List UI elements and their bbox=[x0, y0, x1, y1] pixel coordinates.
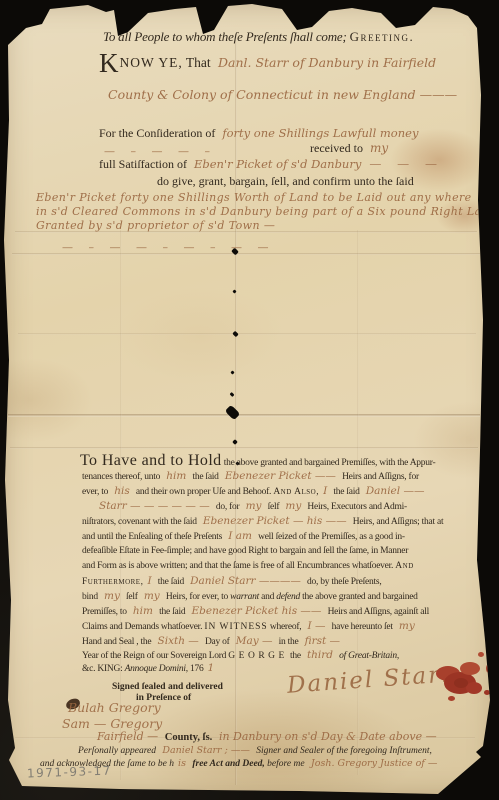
handwritten-text: Daniel —— bbox=[366, 485, 425, 497]
printed-text: well ſeized of the Premiſſes, as a good … bbox=[256, 532, 405, 542]
printed-text: and Form as is above written; and that t… bbox=[82, 561, 395, 571]
date-line: Hand and Seal , the Sixth — Day of May —… bbox=[82, 636, 344, 648]
printed-text: Claims and Demands whatſoever. bbox=[82, 622, 204, 632]
handwritten-text: is bbox=[178, 758, 186, 769]
printed-text: have hereunto ſet bbox=[329, 622, 394, 632]
handwritten-text: him bbox=[166, 470, 186, 482]
handwritten-text: first — bbox=[305, 635, 340, 647]
printed-text: K bbox=[99, 48, 119, 78]
know-ye-line: KNOW YE, That Danl. Starr of Danbury in … bbox=[99, 55, 440, 70]
habendum-line-7: defeaſible Eſtate in Fee-ſimple; and hav… bbox=[82, 546, 408, 557]
printed-text: and their own proper Uſe and Behoof. bbox=[134, 487, 274, 497]
county-jurat-line: Fairfield — County, ſs. in Danbury on s'… bbox=[93, 731, 441, 744]
printed-text: defeaſible Eſtate in Fee-ſimple; and hav… bbox=[82, 546, 408, 556]
printed-text: bind bbox=[82, 592, 100, 602]
printed-text: received to bbox=[310, 141, 366, 155]
land-description-line-1: Eben'r Picket forty one Shillings Worth … bbox=[32, 192, 476, 204]
witness-clause-line: Claims and Demands whatſoever. IN WITNES… bbox=[82, 621, 419, 633]
printed-text: To all People to whom theſe Preſents ſha… bbox=[103, 29, 350, 44]
handwritten-text: — – — — – — – — — bbox=[62, 241, 274, 254]
accession-number: 1971-93-17 bbox=[27, 765, 112, 781]
printed-text: NOW YE, bbox=[120, 55, 183, 70]
printed-text: do give, grant, bargain, ſell, and confi… bbox=[157, 174, 414, 188]
printed-text: Year of the Reign of our Sovereign Lord bbox=[82, 651, 228, 661]
consideration-line: For the Conſideration of forty one Shill… bbox=[99, 127, 422, 140]
handwritten-text: Daniel Starr ———— bbox=[190, 575, 301, 587]
anno-domini-line: &c. KING: Annoque Domini, 1761 bbox=[82, 663, 218, 675]
habendum-line-3: ever, to his and their own proper Uſe an… bbox=[82, 486, 428, 498]
handwritten-text: in s'd Cleared Commons in s'd Danbury be… bbox=[36, 205, 493, 218]
handwritten-text: 1 bbox=[208, 662, 215, 674]
printed-text: warrant bbox=[230, 592, 259, 602]
printed-text: in the bbox=[276, 637, 300, 647]
printed-text: That bbox=[183, 55, 214, 70]
printed-text: To Have and to Hold bbox=[80, 452, 222, 469]
grant-clause-line: do give, grant, bargain, ſell, and confi… bbox=[157, 175, 414, 188]
printed-text: the above granted and bargained bbox=[300, 592, 418, 602]
handwritten-text: I bbox=[147, 575, 151, 587]
printed-text: Premiſſes, to bbox=[82, 607, 129, 617]
habendum-line-8: and Form as is above written; and that t… bbox=[82, 561, 414, 572]
printed-text: Perſonally appeared bbox=[78, 746, 158, 756]
handwritten-text: Ebenezer Picket —— bbox=[225, 470, 336, 482]
printed-text: Heirs and Aſſigns, for bbox=[340, 472, 419, 482]
handwritten-text: County & Colony of Connecticut in new En… bbox=[108, 87, 457, 102]
printed-text: full Satiſfaction of bbox=[99, 157, 190, 171]
attestation-caption-line-1: Signed ſealed and delivered bbox=[112, 682, 223, 693]
printed-text: Heirs, Executors and Admi- bbox=[305, 502, 407, 512]
worm-hole bbox=[232, 331, 238, 337]
handwritten-text: my bbox=[285, 500, 301, 512]
printed-text: do, by theſe Preſents, bbox=[305, 577, 382, 587]
worm-hole bbox=[230, 392, 235, 397]
printed-text: ſelf bbox=[124, 592, 140, 602]
printed-text: And Also, bbox=[273, 487, 319, 497]
personally-appeared-line: Perſonally appeared Daniel Starr ; —— Si… bbox=[78, 746, 432, 757]
printed-text: do, for bbox=[214, 502, 242, 512]
printed-text: whereof, bbox=[268, 622, 304, 632]
printed-text: 176 bbox=[188, 664, 204, 674]
worm-hole bbox=[225, 405, 241, 421]
handwritten-text: I — bbox=[307, 620, 325, 632]
printed-text: Heirs and Aſſigns, againſt all bbox=[325, 607, 429, 617]
handwritten-text: in Danbury on s'd Day & Date above — bbox=[219, 730, 437, 743]
witness-signature-2: Sam — Gregory bbox=[62, 717, 162, 731]
printed-text: the ſaid bbox=[331, 487, 361, 497]
handwritten-text: Sixth — bbox=[158, 635, 199, 647]
handwritten-text: Danl. Starr of Danbury in Fairfield bbox=[218, 55, 436, 70]
handwritten-text: my bbox=[246, 500, 262, 512]
printed-text: the ſaid bbox=[190, 472, 220, 482]
habendum-line-4: Starr — — — — — — do, for my ſelf my Hei… bbox=[95, 501, 407, 513]
wax-seal bbox=[432, 650, 494, 710]
printed-text: the ſaid bbox=[157, 607, 187, 617]
grantor-signature: Daniel Starr bbox=[286, 662, 455, 699]
satisfaction-line: full Satiſfaction of Eben'r Picket of s'… bbox=[99, 158, 447, 171]
handwritten-text: my bbox=[104, 590, 120, 602]
printed-text: ſelf bbox=[265, 502, 281, 512]
printed-text: free Act and Deed, bbox=[190, 759, 267, 769]
habendum-line-6: and until the Enſealing of theſe Preſent… bbox=[82, 531, 405, 543]
land-description-line-3: Granted by s'd proprietor of s'd Town — bbox=[32, 220, 279, 232]
paper: To all People to whom theſe Preſents ſha… bbox=[0, 0, 499, 800]
handwritten-text: Daniel Starr ; —— bbox=[162, 745, 249, 756]
printed-text: GEORGE bbox=[228, 651, 288, 661]
printed-text: For the Conſideration of bbox=[99, 126, 218, 140]
handwritten-text: Fairfield — bbox=[97, 730, 158, 743]
handwritten-text: Ebenezer Picket his —— bbox=[191, 605, 321, 617]
printed-text: Hand and Seal , the bbox=[82, 637, 154, 647]
regnal-year-line: Year of the Reign of our Sovereign Lord … bbox=[82, 650, 399, 662]
printed-text: and bbox=[259, 592, 276, 602]
handwritten-text: Starr — — — — — — bbox=[99, 500, 210, 512]
handwritten-text: I bbox=[323, 485, 327, 497]
printed-text: of Great-Britain, bbox=[337, 651, 399, 661]
witness-signature-1: Bulah Gregory bbox=[68, 701, 161, 715]
fold-crease-horizontal bbox=[18, 333, 476, 335]
handwritten-text: my bbox=[370, 141, 388, 155]
printed-text: Day of bbox=[203, 637, 232, 647]
handwritten-text: I am bbox=[228, 530, 252, 542]
habendum-line-10: bind my ſelf my Heirs, for ever, to warr… bbox=[82, 591, 418, 603]
handwritten-text: Josh. Gregory Justice of — bbox=[311, 758, 437, 769]
handwritten-text: — — — bbox=[369, 157, 443, 171]
printed-text: Signer and Sealer of the foregoing Inſtr… bbox=[254, 746, 432, 756]
habendum-line-1: To Have and to Hold the above granted an… bbox=[80, 452, 435, 470]
land-description-line-2: in s'd Cleared Commons in s'd Danbury be… bbox=[32, 206, 497, 218]
printed-text: before me bbox=[267, 759, 307, 769]
handwritten-text: Ebenezer Picket — his —— bbox=[203, 515, 347, 527]
printed-text: &c. KING: bbox=[82, 664, 125, 674]
printed-text: defend bbox=[276, 592, 300, 602]
worm-hole bbox=[230, 370, 234, 374]
printed-text: Greeting. bbox=[350, 29, 415, 44]
printed-text: Heirs, for ever, to bbox=[164, 592, 230, 602]
handwritten-text: third bbox=[307, 649, 333, 661]
printed-text: Annoque Domini, bbox=[125, 664, 188, 674]
handwritten-text: my bbox=[144, 590, 160, 602]
habendum-line-9: Furthermore,I the ſaid Daniel Starr ————… bbox=[82, 576, 381, 588]
printed-text: ever, to bbox=[82, 487, 110, 497]
handwritten-text: forty one Shillings Lawfull money bbox=[222, 126, 418, 140]
handwritten-text: May — bbox=[236, 635, 273, 647]
dash-fill-line-2: — – — — – — – — — bbox=[58, 242, 278, 254]
county-colony-line: County & Colony of Connecticut in new En… bbox=[104, 88, 461, 102]
fold-crease-horizontal bbox=[8, 414, 480, 417]
handwritten-text: Eben'r Picket of s'd Danbury bbox=[194, 157, 361, 171]
handwritten-text: Granted by s'd proprietor of s'd Town — bbox=[36, 219, 275, 232]
printed-text: Furthermore, bbox=[82, 577, 143, 587]
printed-text: Heirs, and Aſſigns; that at bbox=[351, 517, 444, 527]
handwritten-text: his bbox=[114, 485, 130, 497]
handwritten-text: my bbox=[399, 620, 415, 632]
printed-text: tenances thereof, unto bbox=[82, 472, 162, 482]
printed-text: the bbox=[288, 651, 303, 661]
printed-text: the above granted and bargained Premiſſe… bbox=[222, 458, 436, 468]
habendum-line-5: niſtrators, covenant with the ſaid Ebene… bbox=[82, 516, 443, 528]
handwritten-text: Eben'r Picket forty one Shillings Worth … bbox=[36, 191, 472, 204]
greeting-line: To all People to whom theſe Preſents ſha… bbox=[103, 30, 414, 45]
received-line: received to my bbox=[310, 142, 392, 155]
printed-text: the ſaid bbox=[156, 577, 186, 587]
photo-background: To all People to whom theſe Preſents ſha… bbox=[0, 0, 499, 800]
printed-text: niſtrators, covenant with the ſaid bbox=[82, 517, 199, 527]
handwritten-text: him bbox=[133, 605, 153, 617]
printed-text: IN WITNESS bbox=[204, 622, 267, 632]
printed-text: And bbox=[395, 561, 413, 571]
habendum-line-11: Premiſſes, to him the ſaid Ebenezer Pick… bbox=[82, 606, 429, 618]
fold-crease-horizontal bbox=[10, 447, 478, 449]
printed-text: County, ſs. bbox=[162, 732, 215, 743]
habendum-line-2: tenances thereof, unto him the ſaid Eben… bbox=[82, 471, 419, 483]
printed-text: and until the Enſealing of theſe Preſent… bbox=[82, 532, 224, 542]
